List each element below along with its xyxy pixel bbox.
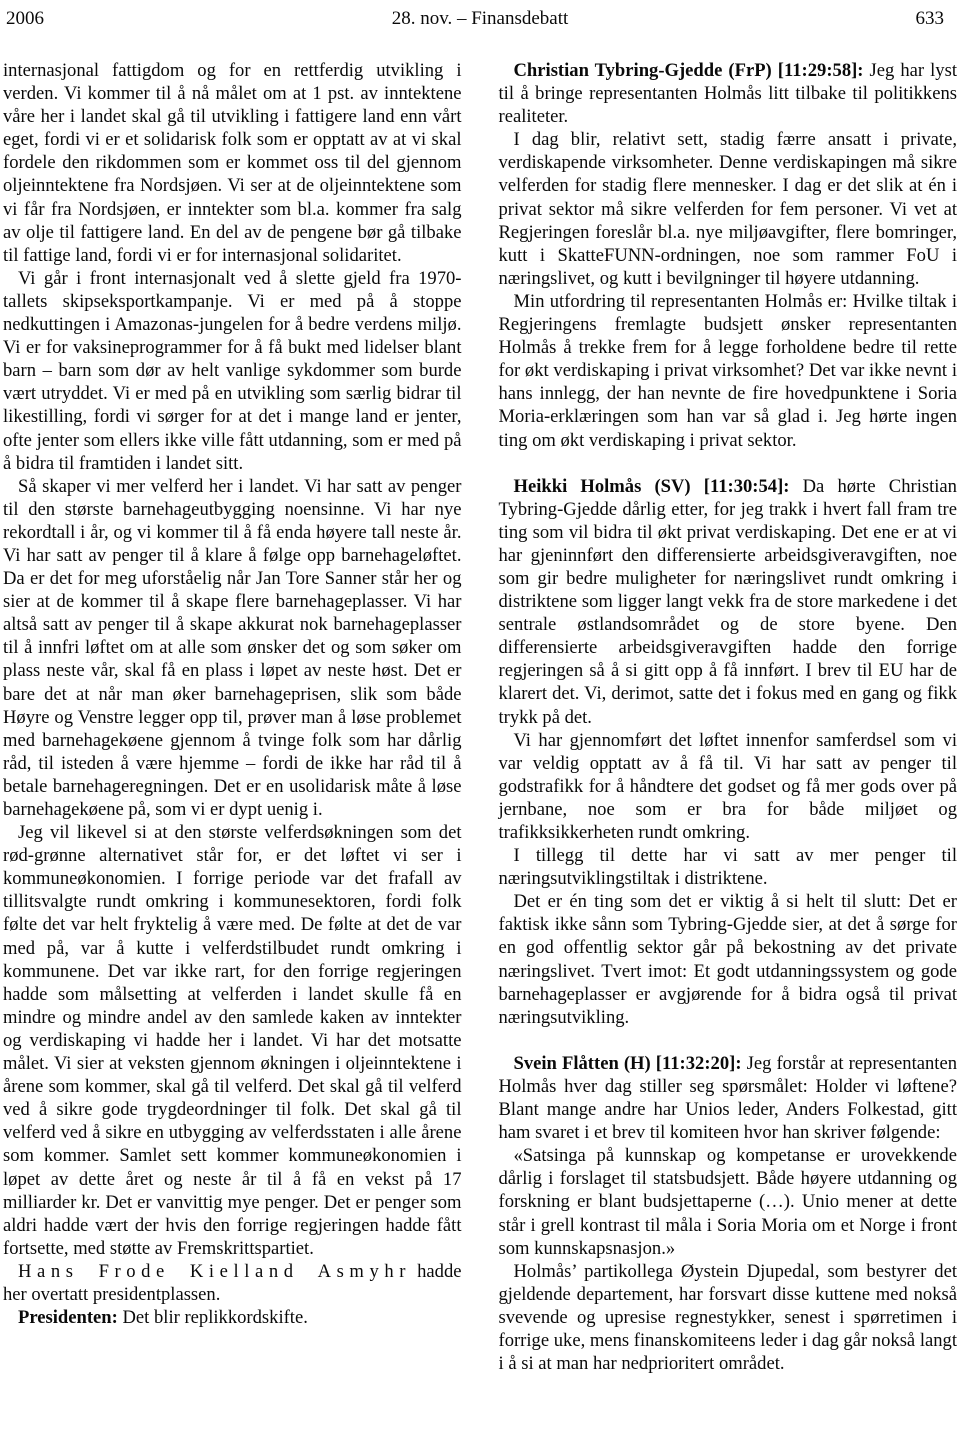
president-label: Presidenten: xyxy=(18,1307,118,1328)
document-page: 2006 28. nov. – Finansdebatt 633 interna… xyxy=(0,0,960,1438)
paragraph: Min utfordring til representanten Holmås… xyxy=(499,290,958,452)
left-column: internasjonal fattigdom og for en rettfe… xyxy=(3,59,462,1375)
speaker-name: Svein Flåtten (H) [11:32:20]: xyxy=(514,1053,742,1074)
speech-opening-paragraph: Svein Flåtten (H) [11:32:20]: Jeg forstå… xyxy=(499,1052,958,1144)
speech-holmas: Heikki Holmås (SV) [11:30:54]: Da hørte … xyxy=(499,475,958,1029)
stage-direction: Hans Frode Kielland Asmyhr hadde her ove… xyxy=(3,1260,462,1306)
text-columns: internasjonal fattigdom og for en rettfe… xyxy=(0,59,960,1375)
header-title: 28. nov. – Finansdebatt xyxy=(0,7,960,30)
speech-flatten: Svein Flåtten (H) [11:32:20]: Jeg forstå… xyxy=(499,1052,958,1375)
speech-tybring-gjedde: Christian Tybring-Gjedde (FrP) [11:29:58… xyxy=(499,59,958,452)
paragraph: Så skaper vi mer velferd her i landet. V… xyxy=(3,475,462,821)
paragraph: Det er én ting som det er viktig å si he… xyxy=(499,890,958,1029)
page-header: 2006 28. nov. – Finansdebatt 633 xyxy=(0,0,960,37)
paragraph: I dag blir, relativt sett, stadig færre … xyxy=(499,128,958,290)
speech-opening-paragraph: Heikki Holmås (SV) [11:30:54]: Da hørte … xyxy=(499,475,958,729)
right-column: Christian Tybring-Gjedde (FrP) [11:29:58… xyxy=(499,59,958,1375)
president-text: Det blir replikkordskifte. xyxy=(118,1307,308,1328)
paragraph: Vi går i front internasjonalt ved å slet… xyxy=(3,267,462,475)
paragraph: Holmås’ partikollega Øystein Djupedal, s… xyxy=(499,1260,958,1375)
block-quote: «Satsinga på kunnskap og kompetanse er u… xyxy=(499,1144,958,1259)
header-page-number: 633 xyxy=(916,7,945,30)
paragraph: I tillegg til dette har vi satt av mer p… xyxy=(499,844,958,890)
speech-text: Da hørte Christian Tybring-Gjedde dårlig… xyxy=(499,476,958,728)
president-line: Presidenten: Det blir replikkordskifte. xyxy=(3,1306,462,1329)
paragraph: internasjonal fattigdom og for en rettfe… xyxy=(3,59,462,267)
speaker-name: Christian Tybring-Gjedde (FrP) [11:29:58… xyxy=(514,60,864,81)
speech-opening-paragraph: Christian Tybring-Gjedde (FrP) [11:29:58… xyxy=(499,59,958,128)
paragraph: Vi har gjennomført det løftet innenfor s… xyxy=(499,729,958,844)
speaker-name: Heikki Holmås (SV) [11:30:54]: xyxy=(514,476,790,497)
presiding-officer-name: Hans Frode Kielland Asmyhr xyxy=(18,1261,411,1282)
paragraph: Jeg vil likevel si at den største velfer… xyxy=(3,821,462,1260)
